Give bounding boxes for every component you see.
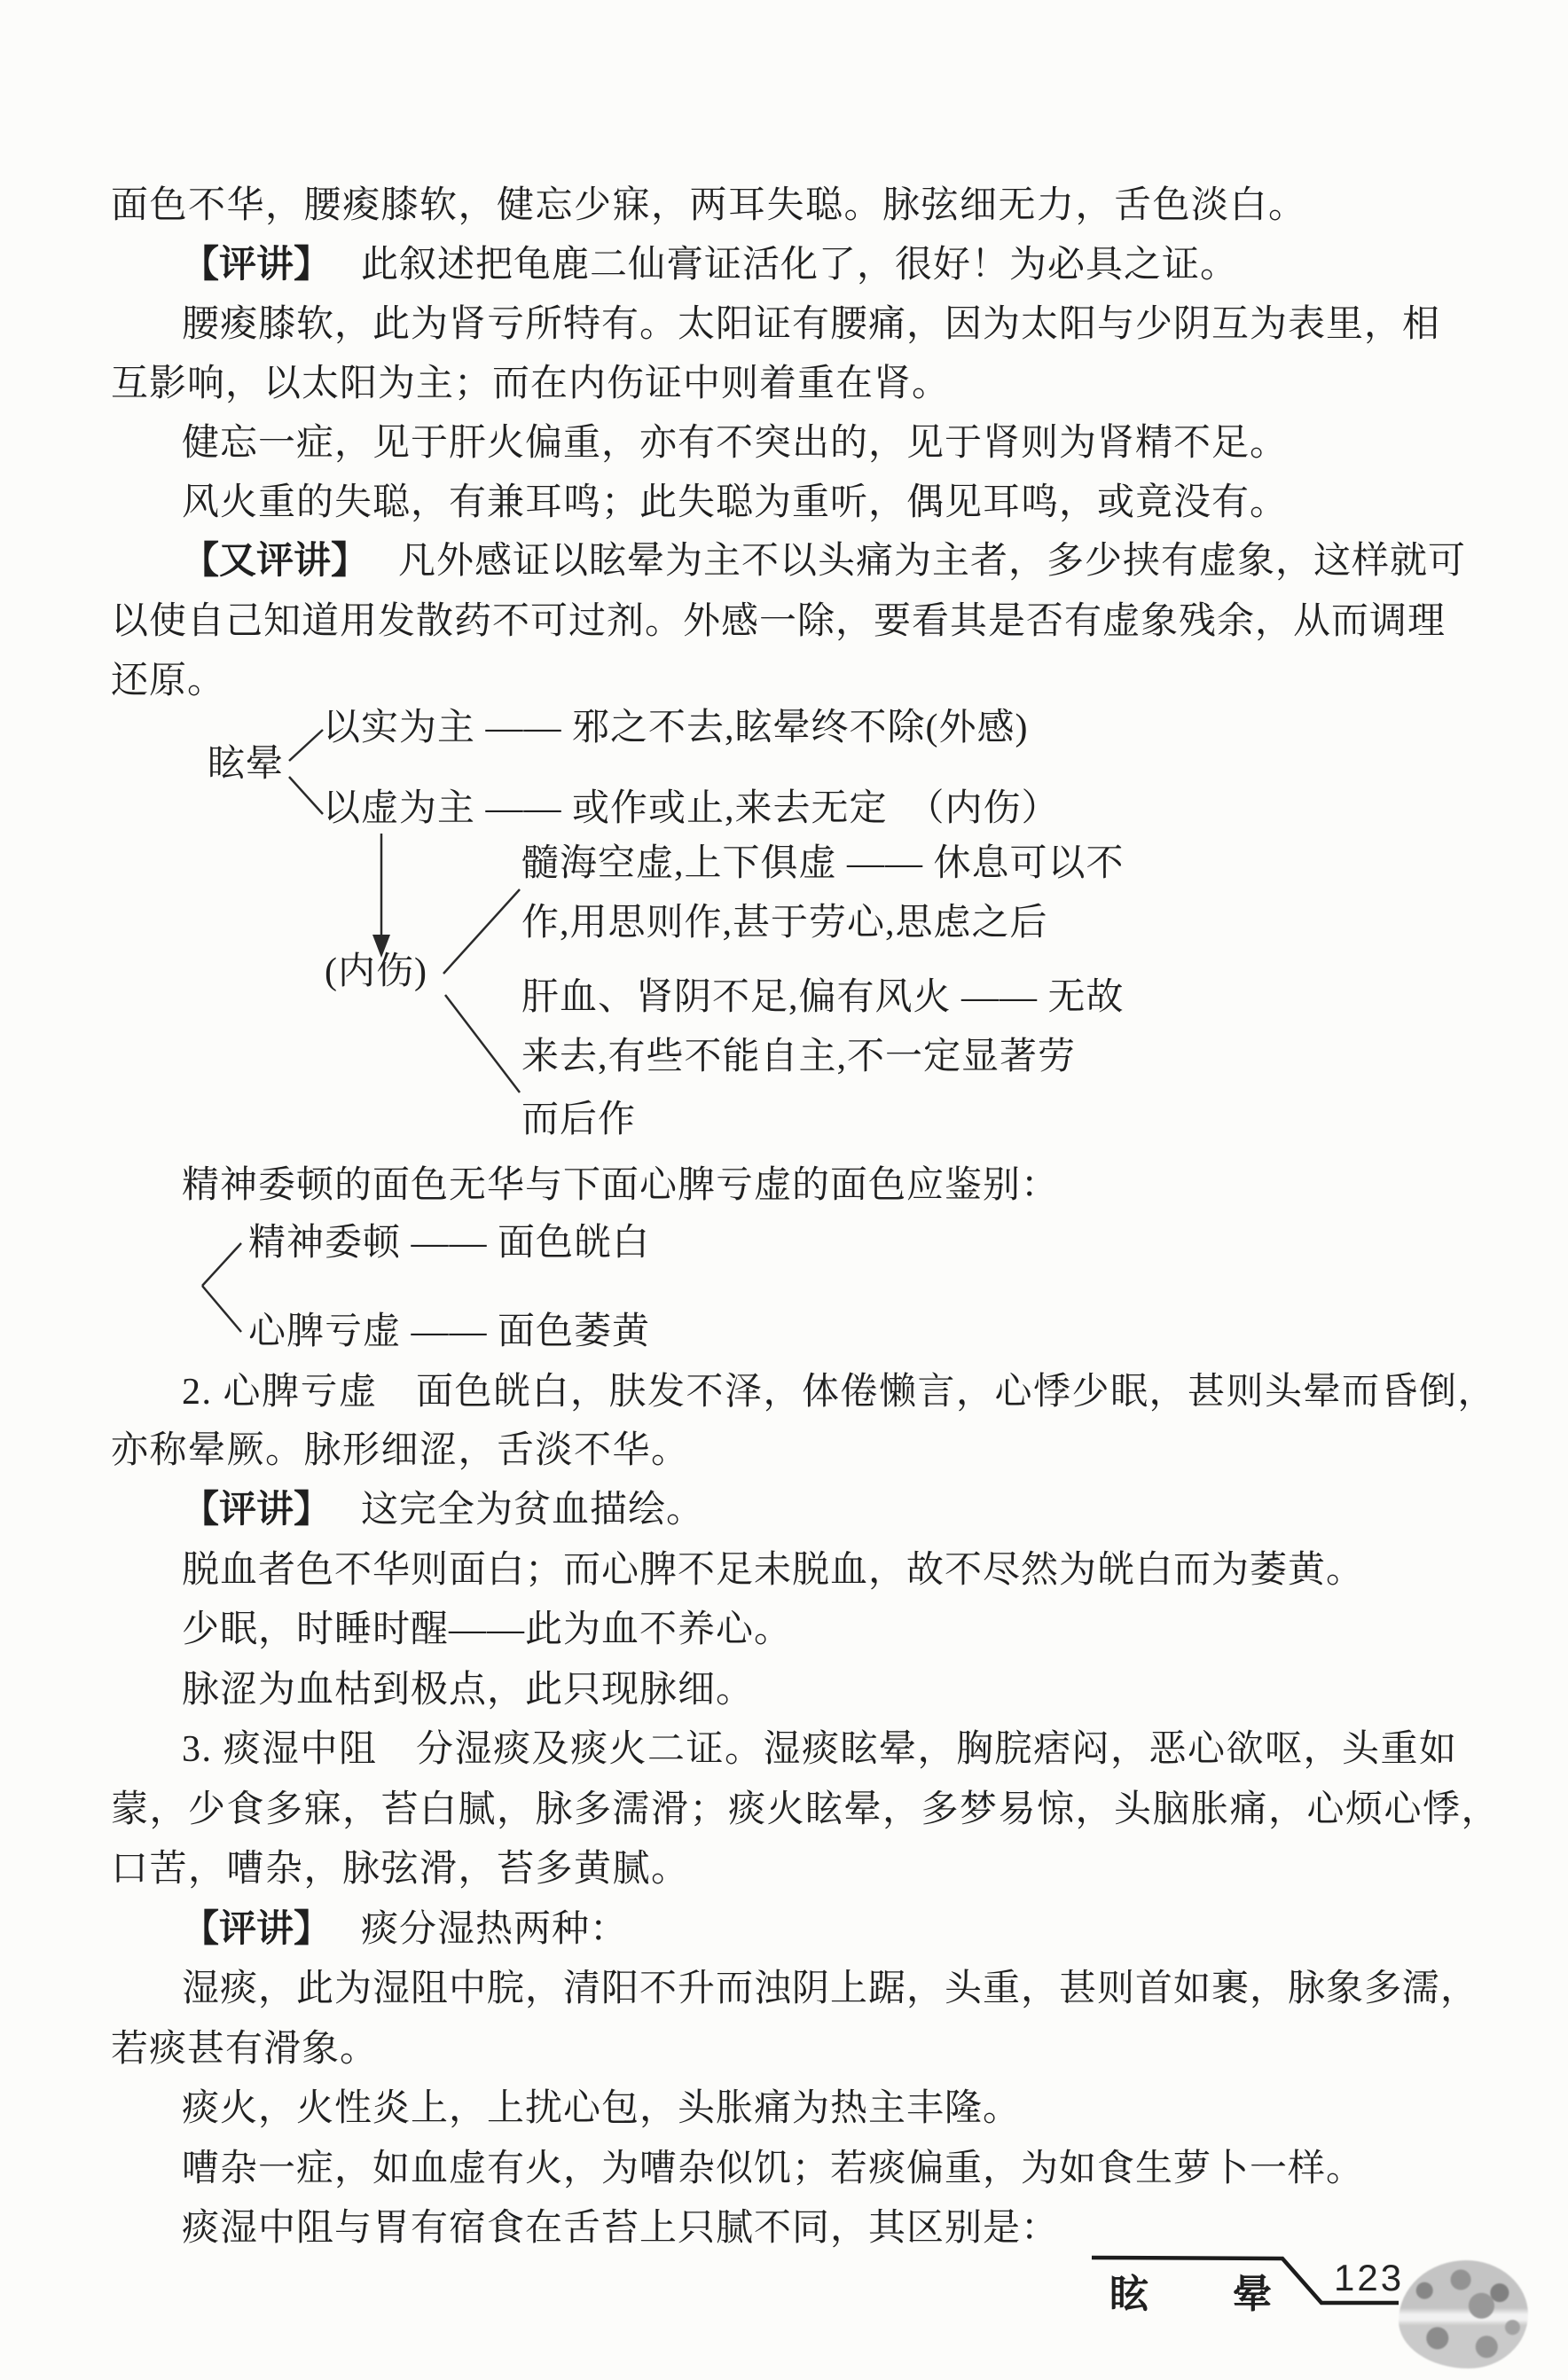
comment-tag: 【又评讲】 — [182, 541, 368, 582]
chapter-title: 眩晕 — [1109, 2275, 1356, 2314]
comment-line: 【评讲】痰分湿热两种： — [182, 1911, 628, 1948]
comment-tag: 【评讲】 — [182, 1909, 331, 1950]
case-line: 蒙，少食多寐，苔白腻，脉多濡滑；痰火眩晕，多梦易惊，头脑胀痛，心烦心悸， — [111, 1791, 1500, 1828]
diagram-internal-label: (内伤) — [325, 953, 427, 990]
comment-line: 腰痠膝软，此为肾亏所特有。太阳证有腰痛，因为太阳与少阴互为表里，相 — [182, 306, 1440, 343]
diagram-liver-line1: 肝血、肾阴不足,偏有风火 —— 无故 — [521, 979, 1125, 1016]
case-line: 3. 痰湿中阻 分湿痰及痰火二证。湿痰眩晕，胸脘痞闷，恶心欲呕，头重如 — [182, 1731, 1458, 1768]
comment-line: 若痰甚有滑象。 — [111, 2031, 378, 2068]
comment-line: 还原。 — [111, 662, 225, 700]
diagram-liver-line2: 来去,有些不能自主,不一定显著劳 — [521, 1038, 1076, 1076]
compare-intro: 精神委顿的面色无华与下面心脾亏虚的面色应鉴别： — [182, 1167, 1059, 1204]
comment-line: 健忘一症，见于肝火偏重，亦有不突出的，见于肾则为肾精不足。 — [182, 425, 1288, 462]
branch-line-excess — [289, 730, 323, 761]
compare-item-b: 心脾亏虚 —— 面色萎黄 — [248, 1313, 650, 1350]
comment-text: 此叙述把龟鹿二仙膏证活化了，很好！为必具之证。 — [361, 245, 1238, 286]
comment-line: 脉涩为血枯到极点，此只现脉细。 — [182, 1671, 754, 1709]
compare-brace-upper — [202, 1243, 241, 1286]
comment-line: 互影响，以太阳为主；而在内伤证中则着重在肾。 — [111, 365, 950, 403]
comment-line: 少眠，时睡时醒——此为血不养心。 — [182, 1611, 792, 1648]
diagram-branch-deficiency: 以虚为主 —— 或作或止,来去无定 （内伤） — [323, 790, 1060, 827]
diagram-root-label: 眩晕 — [208, 746, 284, 783]
case-line: 2. 心脾亏虚 面色㿠白，肤发不泽，体倦懒言，心悸少眠，甚则头晕而昏倒， — [182, 1374, 1496, 1411]
diagram-marrow-line1: 髓海空虚,上下俱虚 —— 休息可以不 — [521, 845, 1125, 882]
comment-line: 【评讲】这完全为贫血描绘。 — [182, 1491, 704, 1529]
comment-line: 以使自己知道用发散药不可过剂。外感一除，要看其是否有虚象残余，从而调理 — [111, 603, 1446, 640]
internal-branch-upper — [443, 889, 520, 974]
decorative-stamp — [1399, 2260, 1528, 2368]
comment-text: 凡外感证以眩晕为主不以头痛为主者，多少挟有虚象，这样就可 — [398, 541, 1466, 582]
comment-text: 这完全为贫血描绘。 — [361, 1490, 704, 1531]
case-line: 口苦，嘈杂，脉弦滑，苔多黄腻。 — [111, 1851, 690, 1888]
comment-line: 痰火，火性炎上，上扰心包，头胀痛为热主丰隆。 — [182, 2090, 1021, 2127]
case-line: 面色不华，腰痠膝软，健忘少寐，两耳失聪。脉弦细无力，舌色淡白。 — [111, 187, 1307, 224]
diagram-liver-line3: 而后作 — [521, 1101, 636, 1139]
page-number: 123 — [1334, 2259, 1404, 2297]
scanned-book-page: 面色不华，腰痠膝软，健忘少寐，两耳失聪。脉弦细无力，舌色淡白。 【评讲】此叙述把… — [0, 0, 1568, 2380]
comment-line: 脱血者色不华则面白；而心脾不足未脱血，故不尽然为㿠白而为萎黄。 — [182, 1552, 1364, 1589]
comment-line: 嘈杂一症，如血虚有火，为嘈杂似饥；若痰偏重，为如食生萝卜一样。 — [182, 2150, 1364, 2188]
compare-item-a: 精神委顿 —— 面色㿠白 — [248, 1225, 650, 1262]
compare-brace-lower — [202, 1286, 241, 1332]
comment-line: 风火重的失聪，有兼耳鸣；此失聪为重听，偶见耳鸣，或竟没有。 — [182, 484, 1288, 521]
comment-line: 痰湿中阻与胃有宿食在舌苔上只腻不同，其区别是： — [182, 2210, 1059, 2247]
comment-tag: 【评讲】 — [182, 1490, 331, 1531]
comment-tag: 【评讲】 — [182, 245, 331, 286]
branch-line-deficiency — [289, 777, 323, 814]
case-line: 亦称晕厥。脉形细涩，舌淡不华。 — [111, 1432, 690, 1469]
comment-text: 痰分湿热两种： — [361, 1909, 628, 1950]
diagram-branch-excess: 以实为主 —— 邪之不去,眩晕终不除(外感) — [323, 709, 1028, 747]
diagram-marrow-line2: 作,用思则作,甚于劳心,思虑之后 — [521, 904, 1048, 942]
comment-line: 【又评讲】凡外感证以眩晕为主不以头痛为主者，多少挟有虚象，这样就可 — [182, 543, 1466, 580]
comment-line: 湿痰，此为湿阻中脘，清阳不升而浊阴上踞，头重，甚则首如裹，脉象多濡， — [182, 1970, 1478, 2008]
internal-branch-lower — [445, 995, 520, 1092]
comment-line: 【评讲】此叙述把龟鹿二仙膏证活化了，很好！为必具之证。 — [182, 247, 1238, 284]
